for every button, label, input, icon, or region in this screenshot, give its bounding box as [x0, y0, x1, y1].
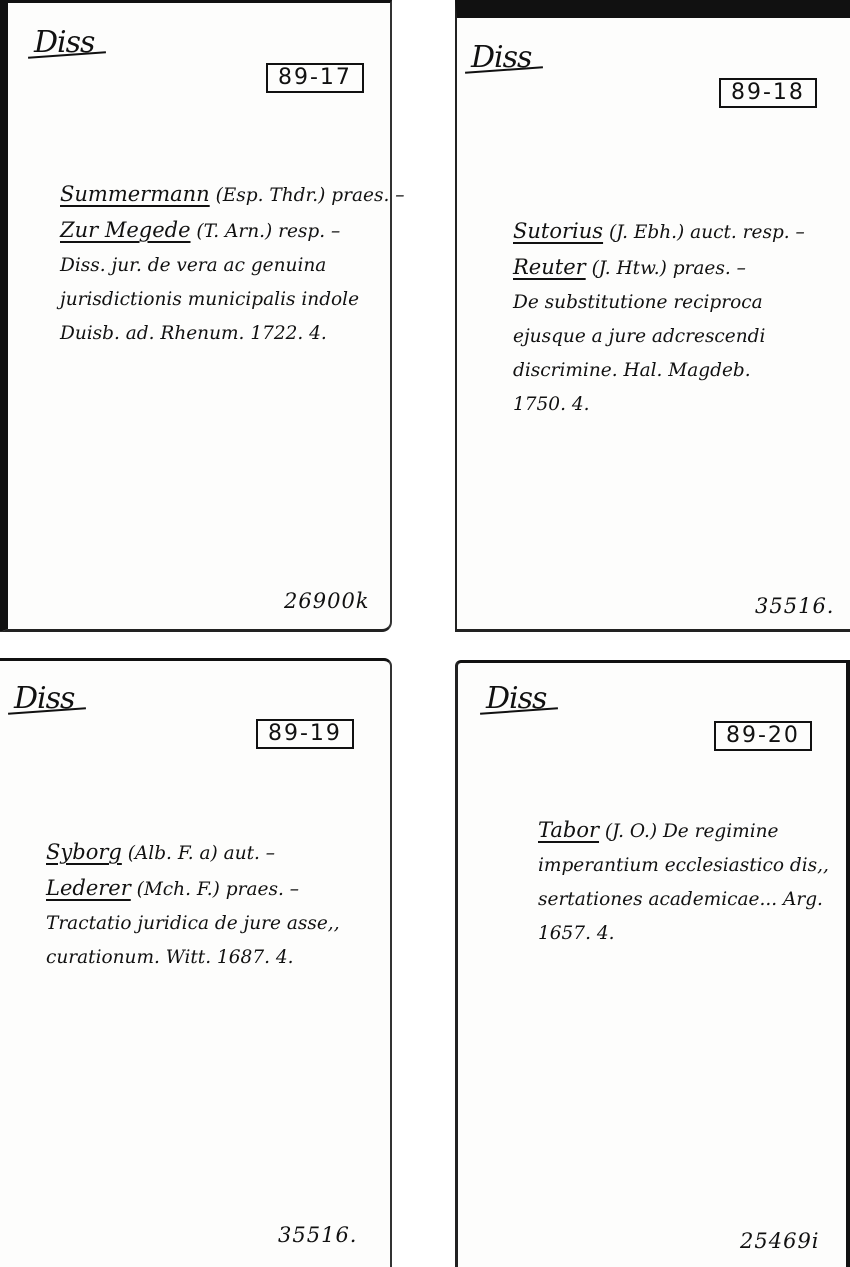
- category-label: Diss: [471, 40, 531, 75]
- author-initials: (T. Arn.): [196, 221, 272, 242]
- title-line: discrimine. Hal. Magdeb.: [513, 354, 805, 388]
- catalog-card-89-18: Diss 89-18 Sutorius (J. Ebh.) auct. resp…: [455, 0, 850, 632]
- author-initials: (Alb. F. a): [128, 843, 218, 864]
- catalog-entry: Sutorius (J. Ebh.) auct. resp. – Reuter …: [513, 214, 805, 422]
- author-name: Sutorius: [513, 219, 603, 243]
- author-line: Reuter (J. Htw.) praes. –: [513, 250, 805, 286]
- category-label: Diss: [34, 25, 94, 60]
- author-initials: (J. Htw.): [592, 258, 667, 279]
- author-role: praes. –: [673, 258, 746, 279]
- catalog-entry: Summermann (Esp. Thdr.) praes. – Zur Meg…: [60, 177, 404, 351]
- catalog-card-89-20: Diss 89-20 Tabor (J. O.) De regimine imp…: [455, 660, 850, 1267]
- author-role: praes. –: [331, 185, 404, 206]
- call-number: 89-18: [719, 78, 817, 108]
- author-role: auct. resp. –: [690, 222, 805, 243]
- author-line: Summermann (Esp. Thdr.) praes. –: [60, 177, 404, 213]
- catalog-entry: Tabor (J. O.) De regimine imperantium ec…: [538, 813, 829, 951]
- title-line: ejusque a jure adcrescendi: [513, 320, 805, 354]
- title-line: imperantium ecclesiastico dis,,: [538, 849, 829, 883]
- catalog-card-89-19: Diss 89-19 Syborg (Alb. F. a) aut. – Led…: [0, 658, 392, 1267]
- author-initials: (Mch. F.): [137, 879, 220, 900]
- author-line: Sutorius (J. Ebh.) auct. resp. –: [513, 214, 805, 250]
- title-start: De regimine: [663, 821, 779, 842]
- author-name: Lederer: [46, 876, 131, 900]
- title-line: Duisb. ad. Rhenum. 1722. 4.: [60, 317, 404, 351]
- call-number: 89-20: [714, 721, 812, 751]
- author-name: Summermann: [60, 182, 210, 206]
- accession-number: 26900k: [284, 589, 370, 613]
- title-line: 1750. 4.: [513, 388, 805, 422]
- author-name: Zur Megede: [60, 218, 191, 242]
- author-name: Reuter: [513, 255, 586, 279]
- title-line: Diss. jur. de vera ac genuina: [60, 249, 404, 283]
- category-label: Diss: [14, 681, 74, 716]
- accession-number: 35516.: [278, 1223, 357, 1247]
- author-line: Tabor (J. O.) De regimine: [538, 813, 829, 849]
- author-role: aut. –: [224, 843, 275, 864]
- call-number: 89-17: [266, 63, 364, 93]
- title-line: De substitutione reciproca: [513, 286, 805, 320]
- author-line: Zur Megede (T. Arn.) resp. –: [60, 213, 404, 249]
- accession-number: 35516.: [755, 594, 834, 618]
- category-label: Diss: [486, 681, 546, 716]
- title-line: jurisdictionis municipalis indole: [60, 283, 404, 317]
- title-line: curationum. Witt. 1687. 4.: [46, 941, 340, 975]
- author-line: Syborg (Alb. F. a) aut. –: [46, 835, 340, 871]
- catalog-card-89-17: Diss 89-17 Summermann (Esp. Thdr.) praes…: [0, 0, 392, 632]
- call-number: 89-19: [256, 719, 354, 749]
- accession-number: 25469i: [740, 1229, 820, 1253]
- author-line: Lederer (Mch. F.) praes. –: [46, 871, 340, 907]
- author-name: Syborg: [46, 840, 122, 864]
- author-role: resp. –: [278, 221, 340, 242]
- title-line: Tractatio juridica de jure asse,,: [46, 907, 340, 941]
- author-role: praes. –: [226, 879, 299, 900]
- catalog-entry: Syborg (Alb. F. a) aut. – Lederer (Mch. …: [46, 835, 340, 975]
- title-line: sertationes academicae... Arg.: [538, 883, 829, 917]
- title-line: 1657. 4.: [538, 917, 829, 951]
- author-initials: (J. O.): [605, 821, 657, 842]
- author-initials: (Esp. Thdr.): [216, 185, 326, 206]
- author-name: Tabor: [538, 818, 599, 842]
- author-initials: (J. Ebh.): [609, 222, 684, 243]
